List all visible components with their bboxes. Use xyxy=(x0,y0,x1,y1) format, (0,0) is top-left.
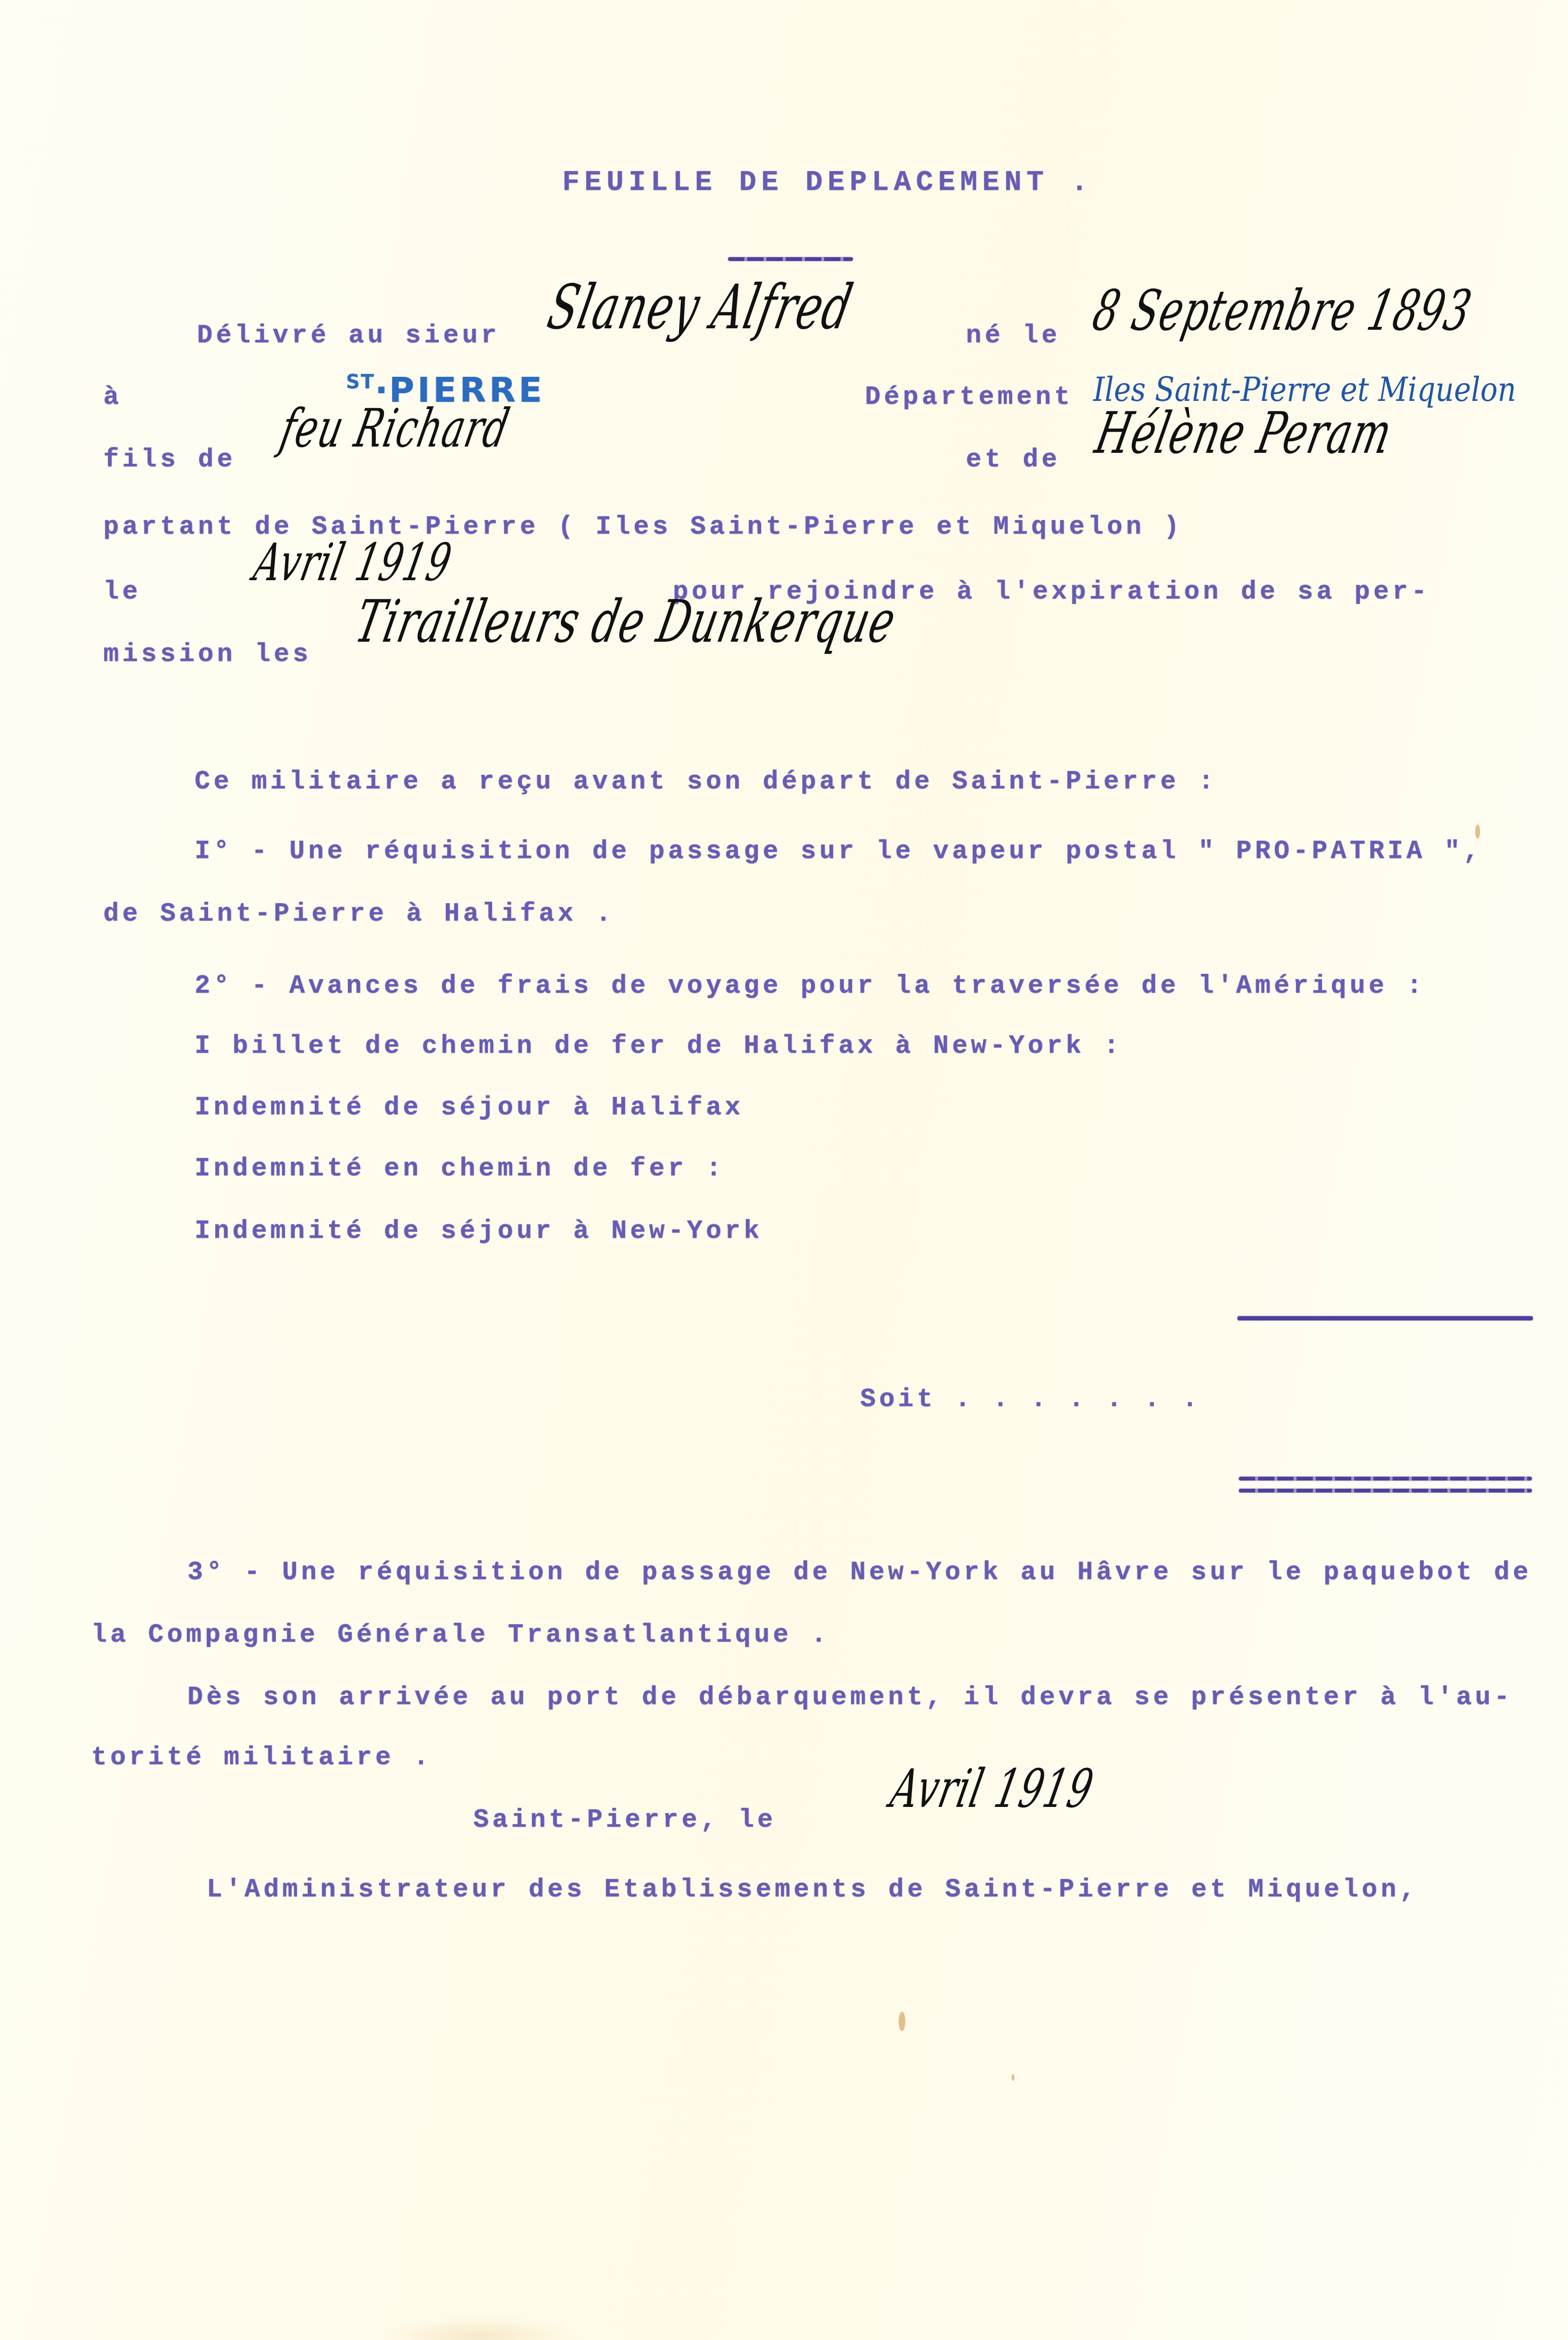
intro-line: Ce militaire a reçu avant son départ de … xyxy=(195,769,1217,795)
item3-line1: 3° - Une réquisition de passage de New-Y… xyxy=(187,1560,1532,1586)
label-et-de: et de xyxy=(966,447,1061,473)
handwritten-birth-date: 8 Septembre 1893 xyxy=(1088,283,1477,339)
paper-stain xyxy=(1475,824,1480,839)
item3-line2: la Compagnie Générale Transatlantique . xyxy=(91,1622,830,1648)
handwritten-signature-date: Avril 1919 xyxy=(887,1762,1099,1815)
document-title: FEUILLE DE DEPLACEMENT . xyxy=(562,168,1093,197)
handwritten-mother: Hélène Peram xyxy=(1091,405,1397,462)
handwritten-name: Slaney Alfred xyxy=(543,276,858,338)
title-underline xyxy=(728,257,853,261)
label-departement: Département xyxy=(865,385,1073,411)
instruction-line2: torité militaire . xyxy=(91,1745,432,1771)
label-ne-le: né le xyxy=(966,323,1061,349)
item1-line1: I° - Une réquisition de passage sur le v… xyxy=(195,839,1482,865)
label-le: le xyxy=(103,579,141,605)
total-double-rule-bottom xyxy=(1239,1489,1532,1493)
handwritten-unit: Tirailleurs de Dunkerque xyxy=(351,592,901,651)
label-fils-de: fils de xyxy=(103,447,236,473)
paper-stain xyxy=(899,2012,905,2031)
expense-item: Indemnité de séjour à New-York xyxy=(195,1219,763,1245)
total-label: Soit . . . . . . . xyxy=(860,1387,1201,1413)
subtotal-rule xyxy=(1237,1316,1533,1320)
item2-heading: 2° - Avances de frais de voyage pour la … xyxy=(195,973,1425,999)
signatory-line: L'Administrateur des Etablissements de S… xyxy=(207,1877,1419,1903)
stamp-st-prefix: ST xyxy=(346,371,375,393)
handwritten-father: feu Richard xyxy=(276,402,514,455)
handwritten-departure-date: Avril 1919 xyxy=(250,537,457,588)
item1-line2: de Saint-Pierre à Halifax . xyxy=(103,901,615,927)
footer-place-label: Saint-Pierre, le xyxy=(473,1807,776,1833)
total-double-rule-top xyxy=(1239,1477,1532,1481)
expense-item: Indemnité en chemin de fer : xyxy=(195,1156,725,1182)
paper-stain xyxy=(1012,2074,1014,2081)
label-a: à xyxy=(103,385,122,411)
expense-item: Indemnité de séjour à Halifax xyxy=(195,1095,744,1121)
label-mission-les: mission les xyxy=(103,642,311,668)
expense-item: I billet de chemin de fer de Halifax à N… xyxy=(195,1033,1123,1059)
instruction-line1: Dès son arrivée au port de débarquement,… xyxy=(187,1685,1513,1711)
label-delivre-au-sieur: Délivré au sieur xyxy=(197,323,500,349)
